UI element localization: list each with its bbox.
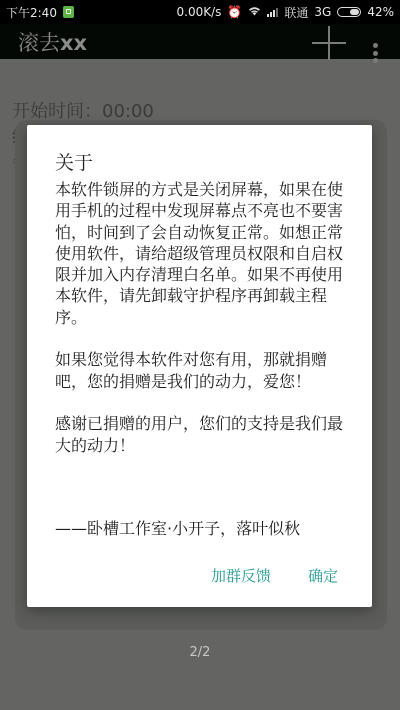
app-notification-icon: [63, 6, 74, 18]
dialog-paragraph: 感谢已捐赠的用户，您们的支持是我们最大的动力！: [55, 413, 345, 456]
status-bar: 下午2:40 0.00K/s ⏰ 联通 3G 42%: [0, 0, 400, 24]
dialog-signature: ——卧槽工作室·小开子，落叶似秋: [55, 516, 300, 539]
carrier: 联通: [284, 4, 308, 21]
battery-percent: 42%: [367, 5, 394, 19]
app-toolbar: 滚去xx: [0, 24, 400, 59]
dialog-actions: 加群反馈 确定: [27, 565, 372, 589]
page-indicator: 2/2: [0, 645, 400, 660]
wifi-icon: [248, 5, 261, 19]
dialog-paragraph: 如果您觉得本软件对您有用，那就捐赠吧，您的捐赠是我们的动力，爱您！: [55, 349, 345, 392]
dialog-message: 本软件锁屏的方式是关闭屏幕，如果在使用手机的过程中发现屏幕点不亮也不要害怕，时间…: [55, 179, 345, 477]
net-speed: 0.00K/s: [177, 5, 222, 19]
overflow-menu-icon[interactable]: [372, 43, 378, 63]
alarm-icon: ⏰: [227, 5, 242, 19]
about-dialog: 关于 本软件锁屏的方式是关闭屏幕，如果在使用手机的过程中发现屏幕点不亮也不要害怕…: [27, 125, 372, 607]
clock: 下午2:40: [6, 4, 57, 21]
dialog-title: 关于: [55, 148, 93, 175]
network-type: 3G: [314, 5, 331, 19]
signal-icon: [267, 7, 278, 17]
battery-icon: [337, 7, 361, 17]
ok-button[interactable]: 确定: [308, 565, 338, 586]
dialog-paragraph: 本软件锁屏的方式是关闭屏幕，如果在使用手机的过程中发现屏幕点不亮也不要害怕，时间…: [55, 179, 345, 328]
join-group-feedback-button[interactable]: 加群反馈: [211, 565, 271, 586]
app-title: 滚去xx: [18, 27, 87, 57]
plus-icon[interactable]: [312, 26, 346, 60]
